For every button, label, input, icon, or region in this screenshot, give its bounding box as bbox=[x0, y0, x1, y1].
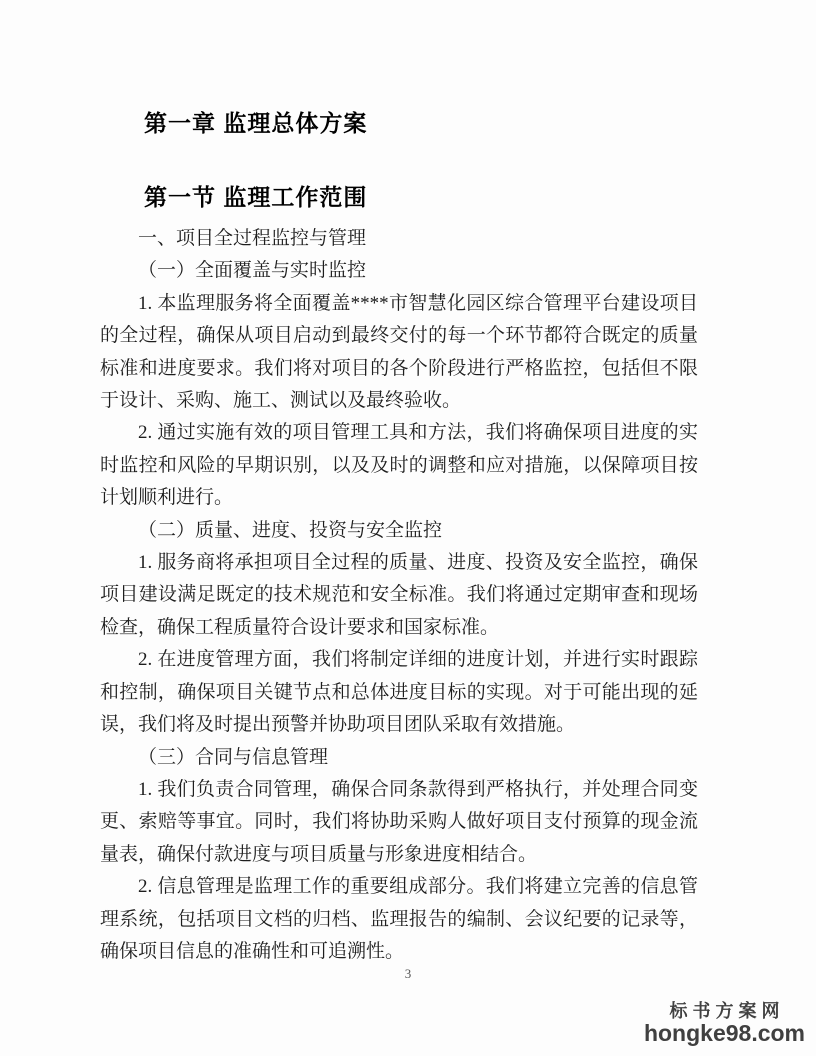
paragraph: 一、项目全过程监控与管理 bbox=[100, 223, 698, 255]
document-page: 第一章 监理总体方案 第一节 监理工作范围 一、项目全过程监控与管理 （一）全面… bbox=[0, 0, 816, 1056]
paragraph: （二）质量、进度、投资与安全监控 bbox=[100, 515, 698, 547]
document-content: 第一章 监理总体方案 第一节 监理工作范围 一、项目全过程监控与管理 （一）全面… bbox=[100, 111, 698, 968]
paragraph: 2. 通过实施有效的项目管理工具和方法，我们将确保项目进度的实时监控和风险的早期… bbox=[100, 417, 698, 514]
paragraph: 1. 服务商将承担项目全过程的质量、进度、投资及安全监控，确保项目建设满足既定的… bbox=[100, 547, 698, 644]
chapter-heading: 第一章 监理总体方案 bbox=[144, 111, 698, 135]
section-heading: 第一节 监理工作范围 bbox=[144, 185, 698, 210]
paragraph: （三）合同与信息管理 bbox=[100, 742, 698, 774]
paragraph: 2. 信息管理是监理工作的重要组成部分。我们将建立完善的信息管理系统，包括项目文… bbox=[100, 871, 698, 968]
watermark-site-name: 标书方案网 bbox=[644, 1001, 810, 1022]
paragraph: 2. 在进度管理方面，我们将制定详细的进度计划，并进行实时跟踪和控制，确保项目关… bbox=[100, 644, 698, 741]
watermark-site-domain: hongke98.com bbox=[644, 1022, 805, 1045]
document-body: 一、项目全过程监控与管理 （一）全面覆盖与实时监控 1. 本监理服务将全面覆盖*… bbox=[100, 223, 698, 968]
watermark: 标书方案网 hongke98.com bbox=[644, 1001, 805, 1045]
paragraph: （一）全面覆盖与实时监控 bbox=[100, 255, 698, 287]
paragraph: 1. 本监理服务将全面覆盖****市智慧化园区综合管理平台建设项目的全过程，确保… bbox=[100, 288, 698, 418]
page-number: 3 bbox=[0, 966, 816, 982]
paragraph: 1. 我们负责合同管理，确保合同条款得到严格执行，并处理合同变更、索赔等事宜。同… bbox=[100, 774, 698, 871]
